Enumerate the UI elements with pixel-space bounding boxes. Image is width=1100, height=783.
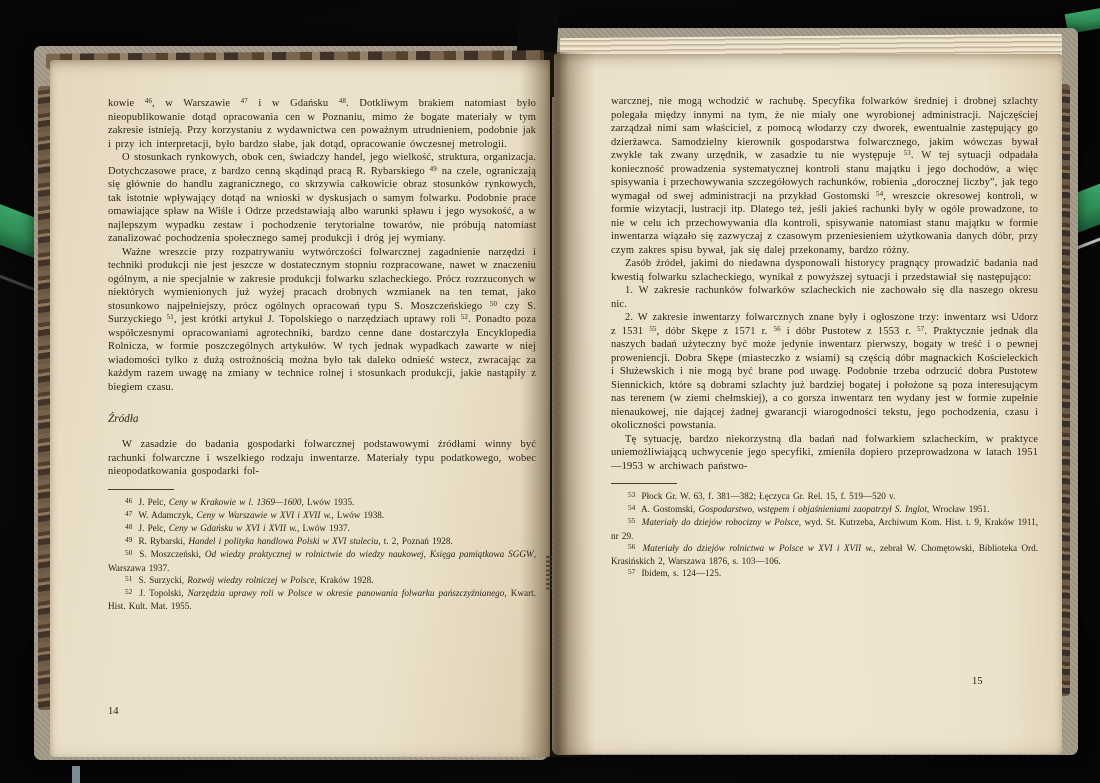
footnote-number: 57	[628, 567, 638, 576]
footnote-number: 54	[628, 503, 638, 512]
left-paragraphs-bottom: W zasadzie do badania gospodarki folwarc…	[108, 438, 536, 479]
page-number-right: 15	[972, 676, 983, 687]
paragraph: O stosunkach rynkowych, obok cen, świadc…	[108, 151, 536, 246]
footnote: 53 Płock Gr. W. 63, f. 381—382; Łęczyca …	[611, 490, 1038, 503]
footnote: 54 A. Gostomski, Gospodarstwo, wstępem i…	[611, 503, 1038, 516]
footnote-number: 47	[125, 509, 135, 518]
page-right-text-block: warcznej, nie mogą wchodzić w rachubę. S…	[611, 95, 1038, 580]
footnote-number: 53	[628, 490, 638, 499]
footnote: 49 R. Rybarski, Handel i polityka handlo…	[108, 535, 536, 548]
footnote-number: 51	[125, 574, 135, 583]
left-footnotes: 46 J. Pelc, Ceny w Krakowie w l. 1369—16…	[108, 496, 536, 613]
gutter-stamp-mark	[546, 556, 552, 592]
paragraph: W zasadzie do badania gospodarki folwarc…	[108, 438, 536, 479]
footnote-number: 50	[125, 548, 135, 557]
footnote: 51 S. Surzycki, Rozwój wiedzy rolniczej …	[108, 574, 536, 587]
footnote: 56 Materiały do dziejów rolnictwa w Pols…	[611, 542, 1038, 567]
footnote-number: 49	[125, 535, 135, 544]
footnote-rule-left	[108, 489, 174, 490]
footnote-number: 48	[125, 522, 135, 531]
paragraph: Ważne wreszcie przy rozpatrywaniu wytwór…	[108, 246, 536, 395]
footnote: 55 Materiały do dziejów robocizny w Pols…	[611, 516, 1038, 541]
right-paragraphs: warcznej, nie mogą wchodzić w rachubę. S…	[611, 95, 1038, 473]
footnote: 46 J. Pelc, Ceny w Krakowie w l. 1369—16…	[108, 496, 536, 509]
footnote-number: 55	[628, 516, 638, 525]
left-paragraphs-top: kowie 46, w Warszawie 47 i w Gdańsku 48.…	[108, 97, 536, 394]
paragraph: 1. W zakresie rachunków folwarków szlach…	[611, 284, 1038, 311]
footnote: 52 J. Topolski, Narzędzia uprawy roli w …	[108, 587, 536, 612]
section-heading-zrodla: Źródła	[108, 413, 536, 425]
footnote: 48 J. Pelc, Ceny w Gdańsku w XVI i XVII …	[108, 522, 536, 535]
scanner-tab	[72, 766, 80, 783]
book-scan-spread: kowie 46, w Warszawie 47 i w Gdańsku 48.…	[0, 0, 1100, 783]
page-left-text-block: kowie 46, w Warszawie 47 i w Gdańsku 48.…	[108, 97, 536, 612]
footnote: 47 W. Adamczyk, Ceny w Warszawie w XVI i…	[108, 509, 536, 522]
footnote: 57 Ibidem, s. 124—125.	[611, 567, 1038, 580]
page-left: kowie 46, w Warszawie 47 i w Gdańsku 48.…	[50, 60, 550, 757]
right-footnotes: 53 Płock Gr. W. 63, f. 381—382; Łęczyca …	[611, 490, 1038, 580]
paragraph: warcznej, nie mogą wchodzić w rachubę. S…	[611, 95, 1038, 257]
paragraph: 2. W zakresie inwentarzy folwarcznych zn…	[611, 311, 1038, 433]
footnote-number: 46	[125, 496, 135, 505]
paragraph: kowie 46, w Warszawie 47 i w Gdańsku 48.…	[108, 97, 536, 151]
footnote-rule-right	[611, 483, 677, 484]
page-number-left: 14	[108, 706, 119, 717]
paragraph: Zasób źródeł, jakimi do niedawna dyspono…	[611, 257, 1038, 284]
footnote-number: 56	[628, 542, 638, 551]
page-right: warcznej, nie mogą wchodzić w rachubę. S…	[554, 54, 1062, 754]
paragraph: Tę sytuację, bardzo niekorzystną dla bad…	[611, 433, 1038, 474]
footnote: 50 S. Moszczeński, Od wiedzy praktycznej…	[108, 548, 536, 573]
footnote-number: 52	[125, 587, 135, 596]
